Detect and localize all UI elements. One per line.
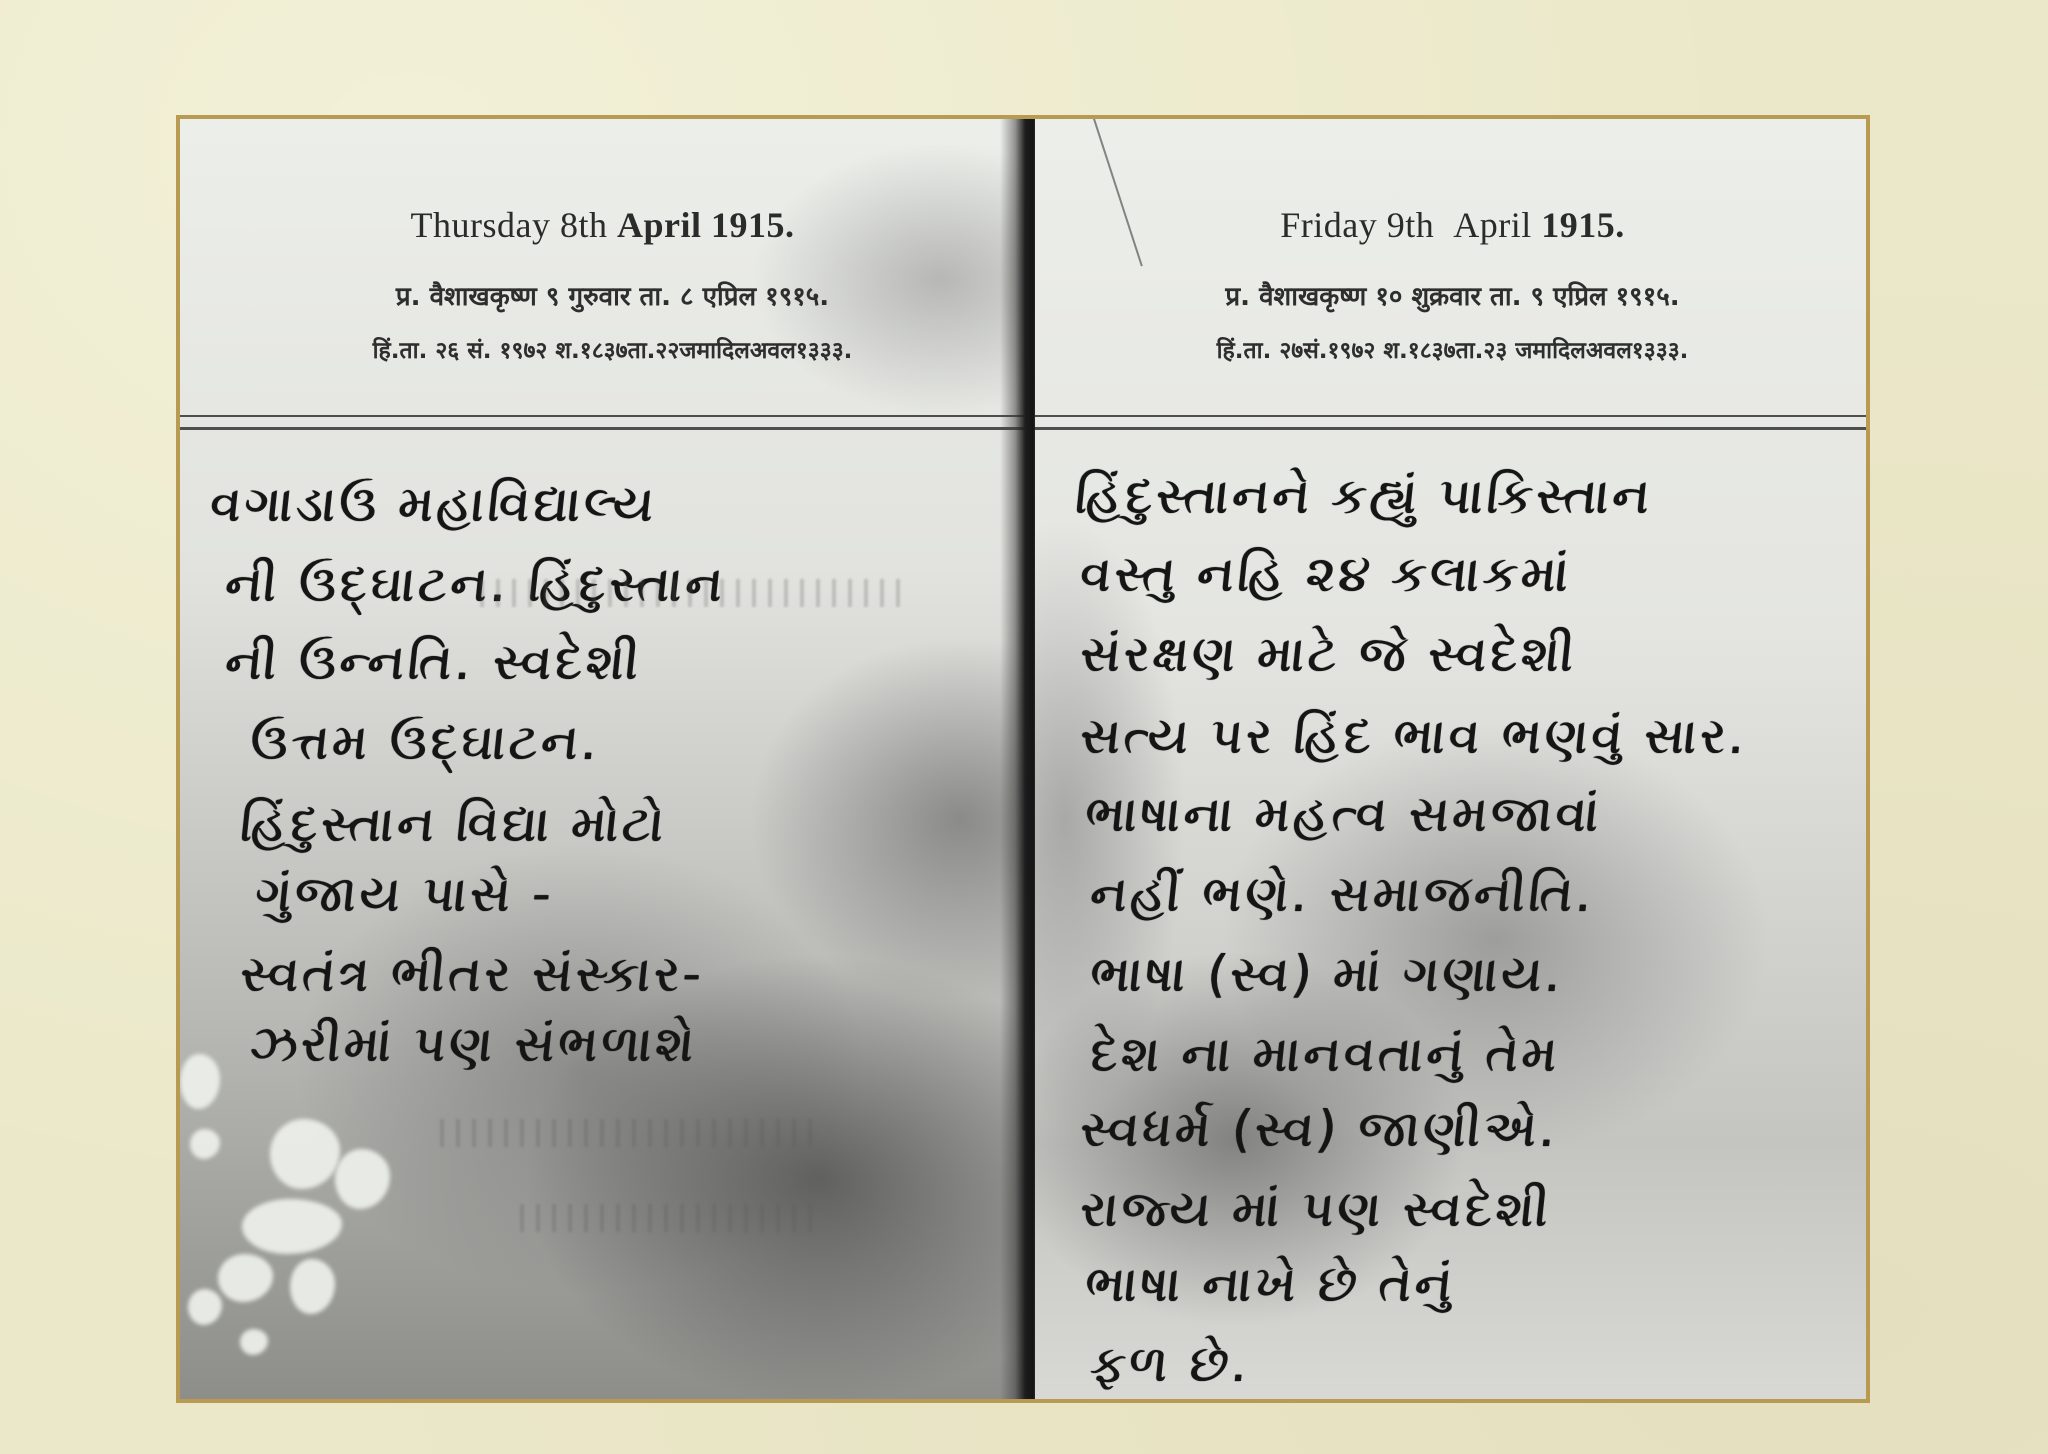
day: 9th — [1387, 205, 1435, 245]
handwritten-line: ગુંજાય પાસે - — [252, 869, 556, 919]
header-rule-top — [180, 415, 1025, 417]
handwritten-line: સત્ય પર હિંદ ભાવ ભણવું સાર. — [1077, 711, 1750, 761]
header-rule-bottom — [1035, 427, 1870, 430]
water-stain — [218, 1254, 273, 1302]
handwritten-line: ઉત્તમ ઉદ્ઘાટન. — [247, 717, 602, 767]
handwritten-line: નહીં ભણે. સમાજનીતિ. — [1087, 869, 1597, 919]
water-stain — [188, 1289, 222, 1325]
year: 1915. — [1541, 205, 1625, 245]
hindu-calendar-date-left: प्र. वैशाखकृष्ण ९ गुरुवार ता. ८ एप्रिल १… — [180, 277, 1025, 313]
day: 8th — [560, 205, 608, 245]
handwritten-line: વગાડાઉ મહાવિદ્યાલ્ય — [207, 479, 659, 529]
hindu-calendar-date-right: प्र. वैशाखकृष्ण १० शुक्रवार ता. ९ एप्रिल… — [1035, 277, 1870, 313]
water-stain — [242, 1199, 342, 1254]
mat-board: Thursday 8th April 1915. प्र. वैशाखकृष्ण… — [0, 0, 2048, 1454]
handwritten-line: ઝરીમાં પણ સંભળાશે — [247, 1019, 699, 1069]
header-rule-bottom — [180, 427, 1025, 430]
ink-bleed-through — [440, 1119, 820, 1147]
ink-bleed-through — [480, 579, 900, 607]
header-rule-top — [1035, 415, 1870, 417]
handwritten-line: સ્વતંત્ર ભીતર સંસ્કાર- — [237, 949, 706, 999]
handwritten-line: સંરક્ષણ માટે જે સ્વદેશી — [1077, 629, 1579, 679]
month: April — [617, 205, 702, 245]
month: April — [1453, 205, 1532, 245]
diary-page-left: Thursday 8th April 1915. प्र. वैशाखकृष्ण… — [180, 119, 1025, 1399]
weekday: Friday — [1280, 205, 1377, 245]
diary-page-right: Friday 9th April 1915. प्र. वैशाखकृष्ण १… — [1035, 119, 1870, 1399]
weekday: Thursday — [411, 205, 551, 245]
water-stain — [240, 1329, 268, 1355]
handwritten-line: હિંદુસ્તાનને કહ્યું પાકિસ્તાન — [1072, 471, 1655, 521]
water-stain — [335, 1149, 390, 1209]
handwritten-line: ભાષા (સ્વ) માં ગણાય. — [1087, 949, 1566, 999]
water-stain — [290, 1259, 335, 1314]
handwritten-line: હિંદુસ્તાન વિદ્યા મોટો — [237, 799, 669, 849]
handwritten-line: રાજ્ય માં પણ સ્વદેશી — [1077, 1184, 1553, 1234]
handwritten-line: સ્વધર્મ (સ્વ) જાણીએ. — [1077, 1104, 1561, 1154]
page-header-left: Thursday 8th April 1915. प्र. वैशाखकृष्ण… — [180, 119, 1025, 429]
handwritten-line: દેશ ના માનવતાનું તેમ — [1087, 1029, 1562, 1079]
handwritten-line: ભાષાના મહત્વ સમજાવાં — [1082, 789, 1604, 839]
handwritten-line: ની ઉન્નતિ. સ્વદેશી — [222, 637, 644, 687]
diary-photograph: Thursday 8th April 1915. प्र. वैशाखकृष्ण… — [176, 115, 1870, 1403]
handwritten-line: ભાષા નાખે છે તેનું — [1082, 1259, 1457, 1309]
ink-bleed-through — [520, 1204, 820, 1232]
samvat-hijri-date-right: हिं.ता. २७सं.१९७२ श.१८३७ता.२३ जमादिलअवल१… — [1035, 333, 1870, 365]
year: 1915. — [711, 205, 795, 245]
english-date-left: Thursday 8th April 1915. — [180, 204, 1025, 246]
english-date-right: Friday 9th April 1915. — [1035, 204, 1870, 246]
water-stain — [270, 1119, 340, 1189]
samvat-hijri-date-left: हिं.ता. २६ सं. १९७२ श.१८३७ता.२२जमादिलअवल… — [180, 333, 1025, 365]
handwritten-line: ફળ છે. — [1087, 1339, 1252, 1389]
handwritten-line: વસ્તુ નહિ ૨૪ કલાકમાં — [1077, 549, 1574, 599]
page-header-right: Friday 9th April 1915. प्र. वैशाखकृष्ण १… — [1035, 119, 1870, 429]
water-stain — [190, 1129, 220, 1159]
water-stain — [180, 1054, 220, 1109]
